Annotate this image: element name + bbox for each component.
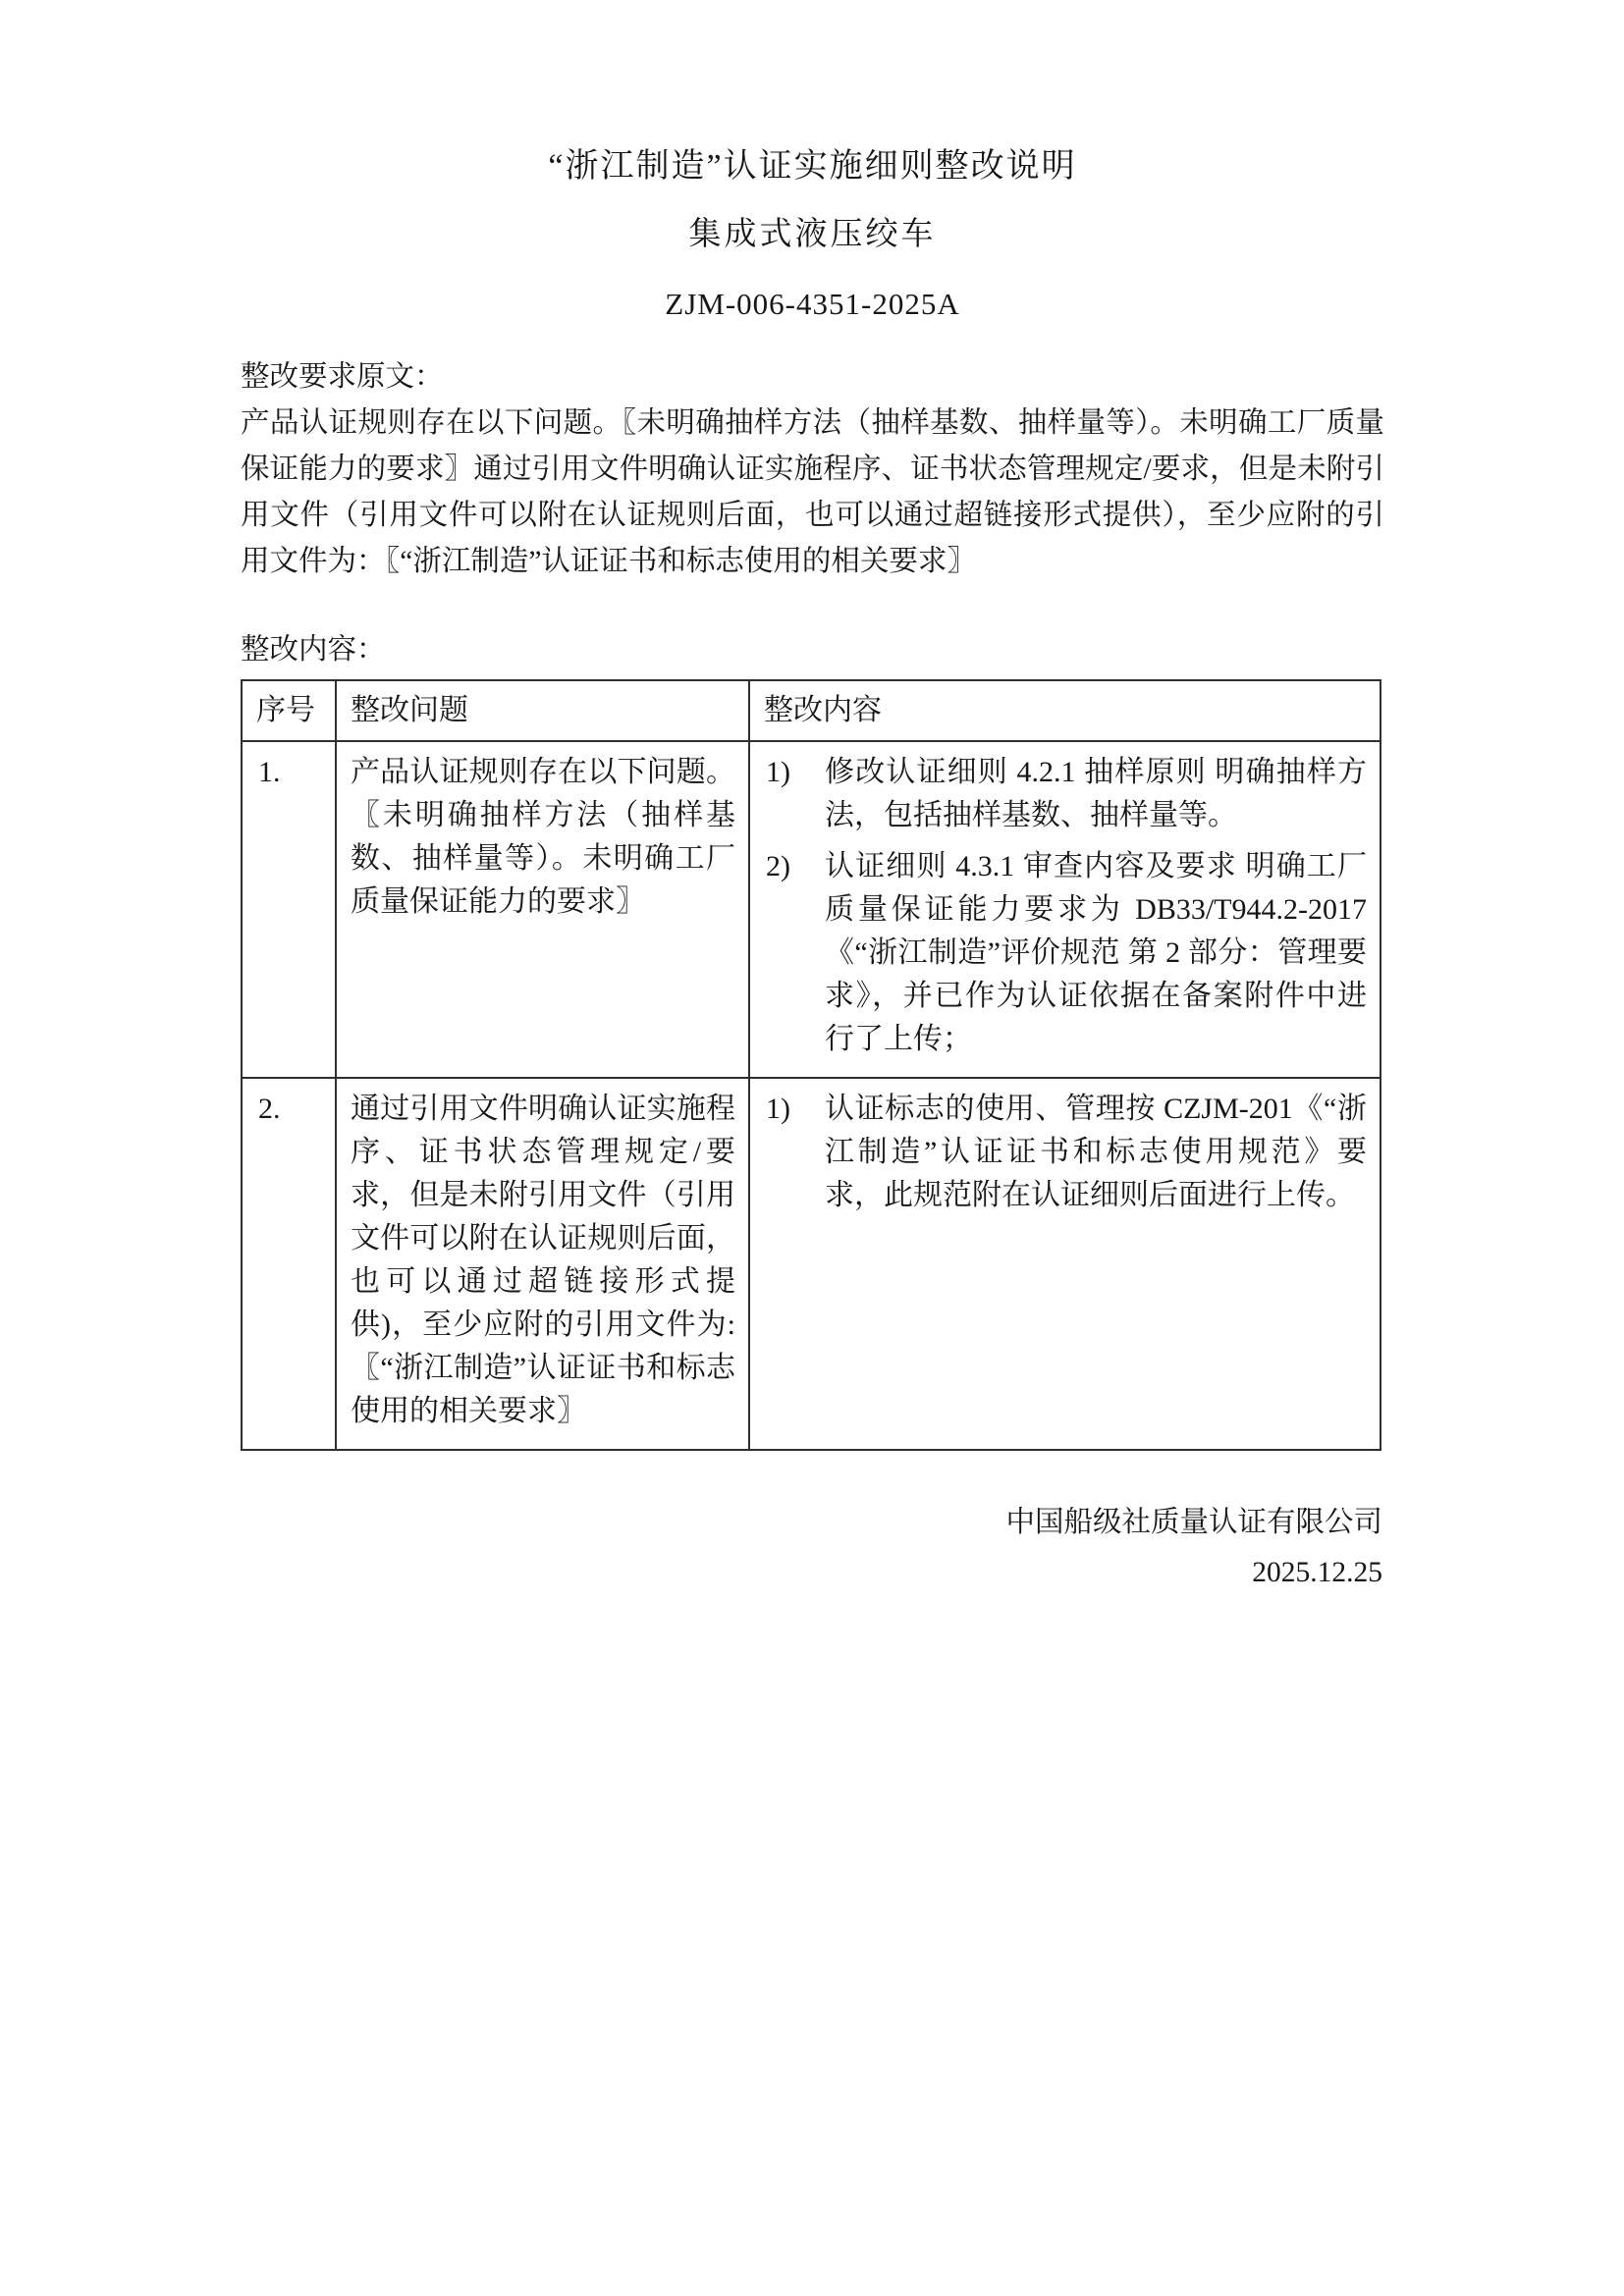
rectification-label: 整改内容： — [241, 630, 1384, 669]
problem-cell: 通过引用文件明确认证实施程序、证书状态管理规定/要求，但是未附引用文件（引用文件… — [336, 1078, 749, 1450]
content-item: 2) 认证细则 4.3.1 审查内容及要求 明确工厂质量保证能力要求为 DB33… — [764, 845, 1367, 1061]
content-item: 1) 认证标志的使用、管理按 CZJM-201《“浙江制造”认证证书和标志使用规… — [764, 1088, 1367, 1217]
document-subtitle: 集成式液压绞车 — [241, 216, 1384, 253]
table-row: 1. 产品认证规则存在以下问题。〖未明确抽样方法（抽样基数、抽样量等）。未明确工… — [242, 741, 1380, 1078]
row-number: 2. — [242, 1078, 336, 1450]
document-number: ZJM-006-4351-2025A — [241, 287, 1384, 322]
table-header-row: 序号 整改问题 整改内容 — [242, 680, 1380, 741]
item-text: 认证标志的使用、管理按 CZJM-201《“浙江制造”认证证书和标志使用规范》要… — [825, 1088, 1367, 1217]
content-item: 1) 修改认证细则 4.2.1 抽样原则 明确抽样方法，包括抽样基数、抽样量等。 — [764, 751, 1367, 837]
document-title: “浙江制造”认证实施细则整改说明 — [241, 147, 1384, 187]
document-content: “浙江制造”认证实施细则整改说明 集成式液压绞车 ZJM-006-4351-20… — [241, 147, 1384, 1598]
item-text: 认证细则 4.3.1 审查内容及要求 明确工厂质量保证能力要求为 DB33/T9… — [825, 845, 1367, 1061]
column-header-problem: 整改问题 — [336, 680, 749, 741]
content-cell: 1) 认证标志的使用、管理按 CZJM-201《“浙江制造”认证证书和标志使用规… — [749, 1078, 1380, 1450]
item-text: 修改认证细则 4.2.1 抽样原则 明确抽样方法，包括抽样基数、抽样量等。 — [825, 751, 1367, 837]
row-number: 1. — [242, 741, 336, 1078]
signature-block: 中国船级社质量认证有限公司 2025.12.25 — [241, 1498, 1384, 1598]
column-header-seq: 序号 — [242, 680, 336, 741]
column-header-content: 整改内容 — [749, 680, 1380, 741]
content-cell: 1) 修改认证细则 4.2.1 抽样原则 明确抽样方法，包括抽样基数、抽样量等。… — [749, 741, 1380, 1078]
item-marker: 2) — [764, 845, 825, 888]
original-requirement-label: 整改要求原文： — [241, 357, 1384, 397]
problem-cell: 产品认证规则存在以下问题。〖未明确抽样方法（抽样基数、抽样量等）。未明确工厂质量… — [336, 741, 749, 1078]
item-marker: 1) — [764, 751, 825, 794]
rectification-table: 序号 整改问题 整改内容 1. 产品认证规则存在以下问题。〖未明确抽样方法（抽样… — [241, 679, 1381, 1451]
document-page: “浙江制造”认证实施细则整改说明 集成式液压绞车 ZJM-006-4351-20… — [0, 0, 1624, 2296]
table-row: 2. 通过引用文件明确认证实施程序、证书状态管理规定/要求，但是未附引用文件（引… — [242, 1078, 1380, 1450]
company-name: 中国船级社质量认证有限公司 — [241, 1498, 1382, 1548]
original-requirement-body: 产品认证规则存在以下问题。〖未明确抽样方法（抽样基数、抽样量等）。未明确工厂质量… — [241, 400, 1384, 585]
item-marker: 1) — [764, 1088, 825, 1131]
signature-date: 2025.12.25 — [241, 1548, 1382, 1598]
